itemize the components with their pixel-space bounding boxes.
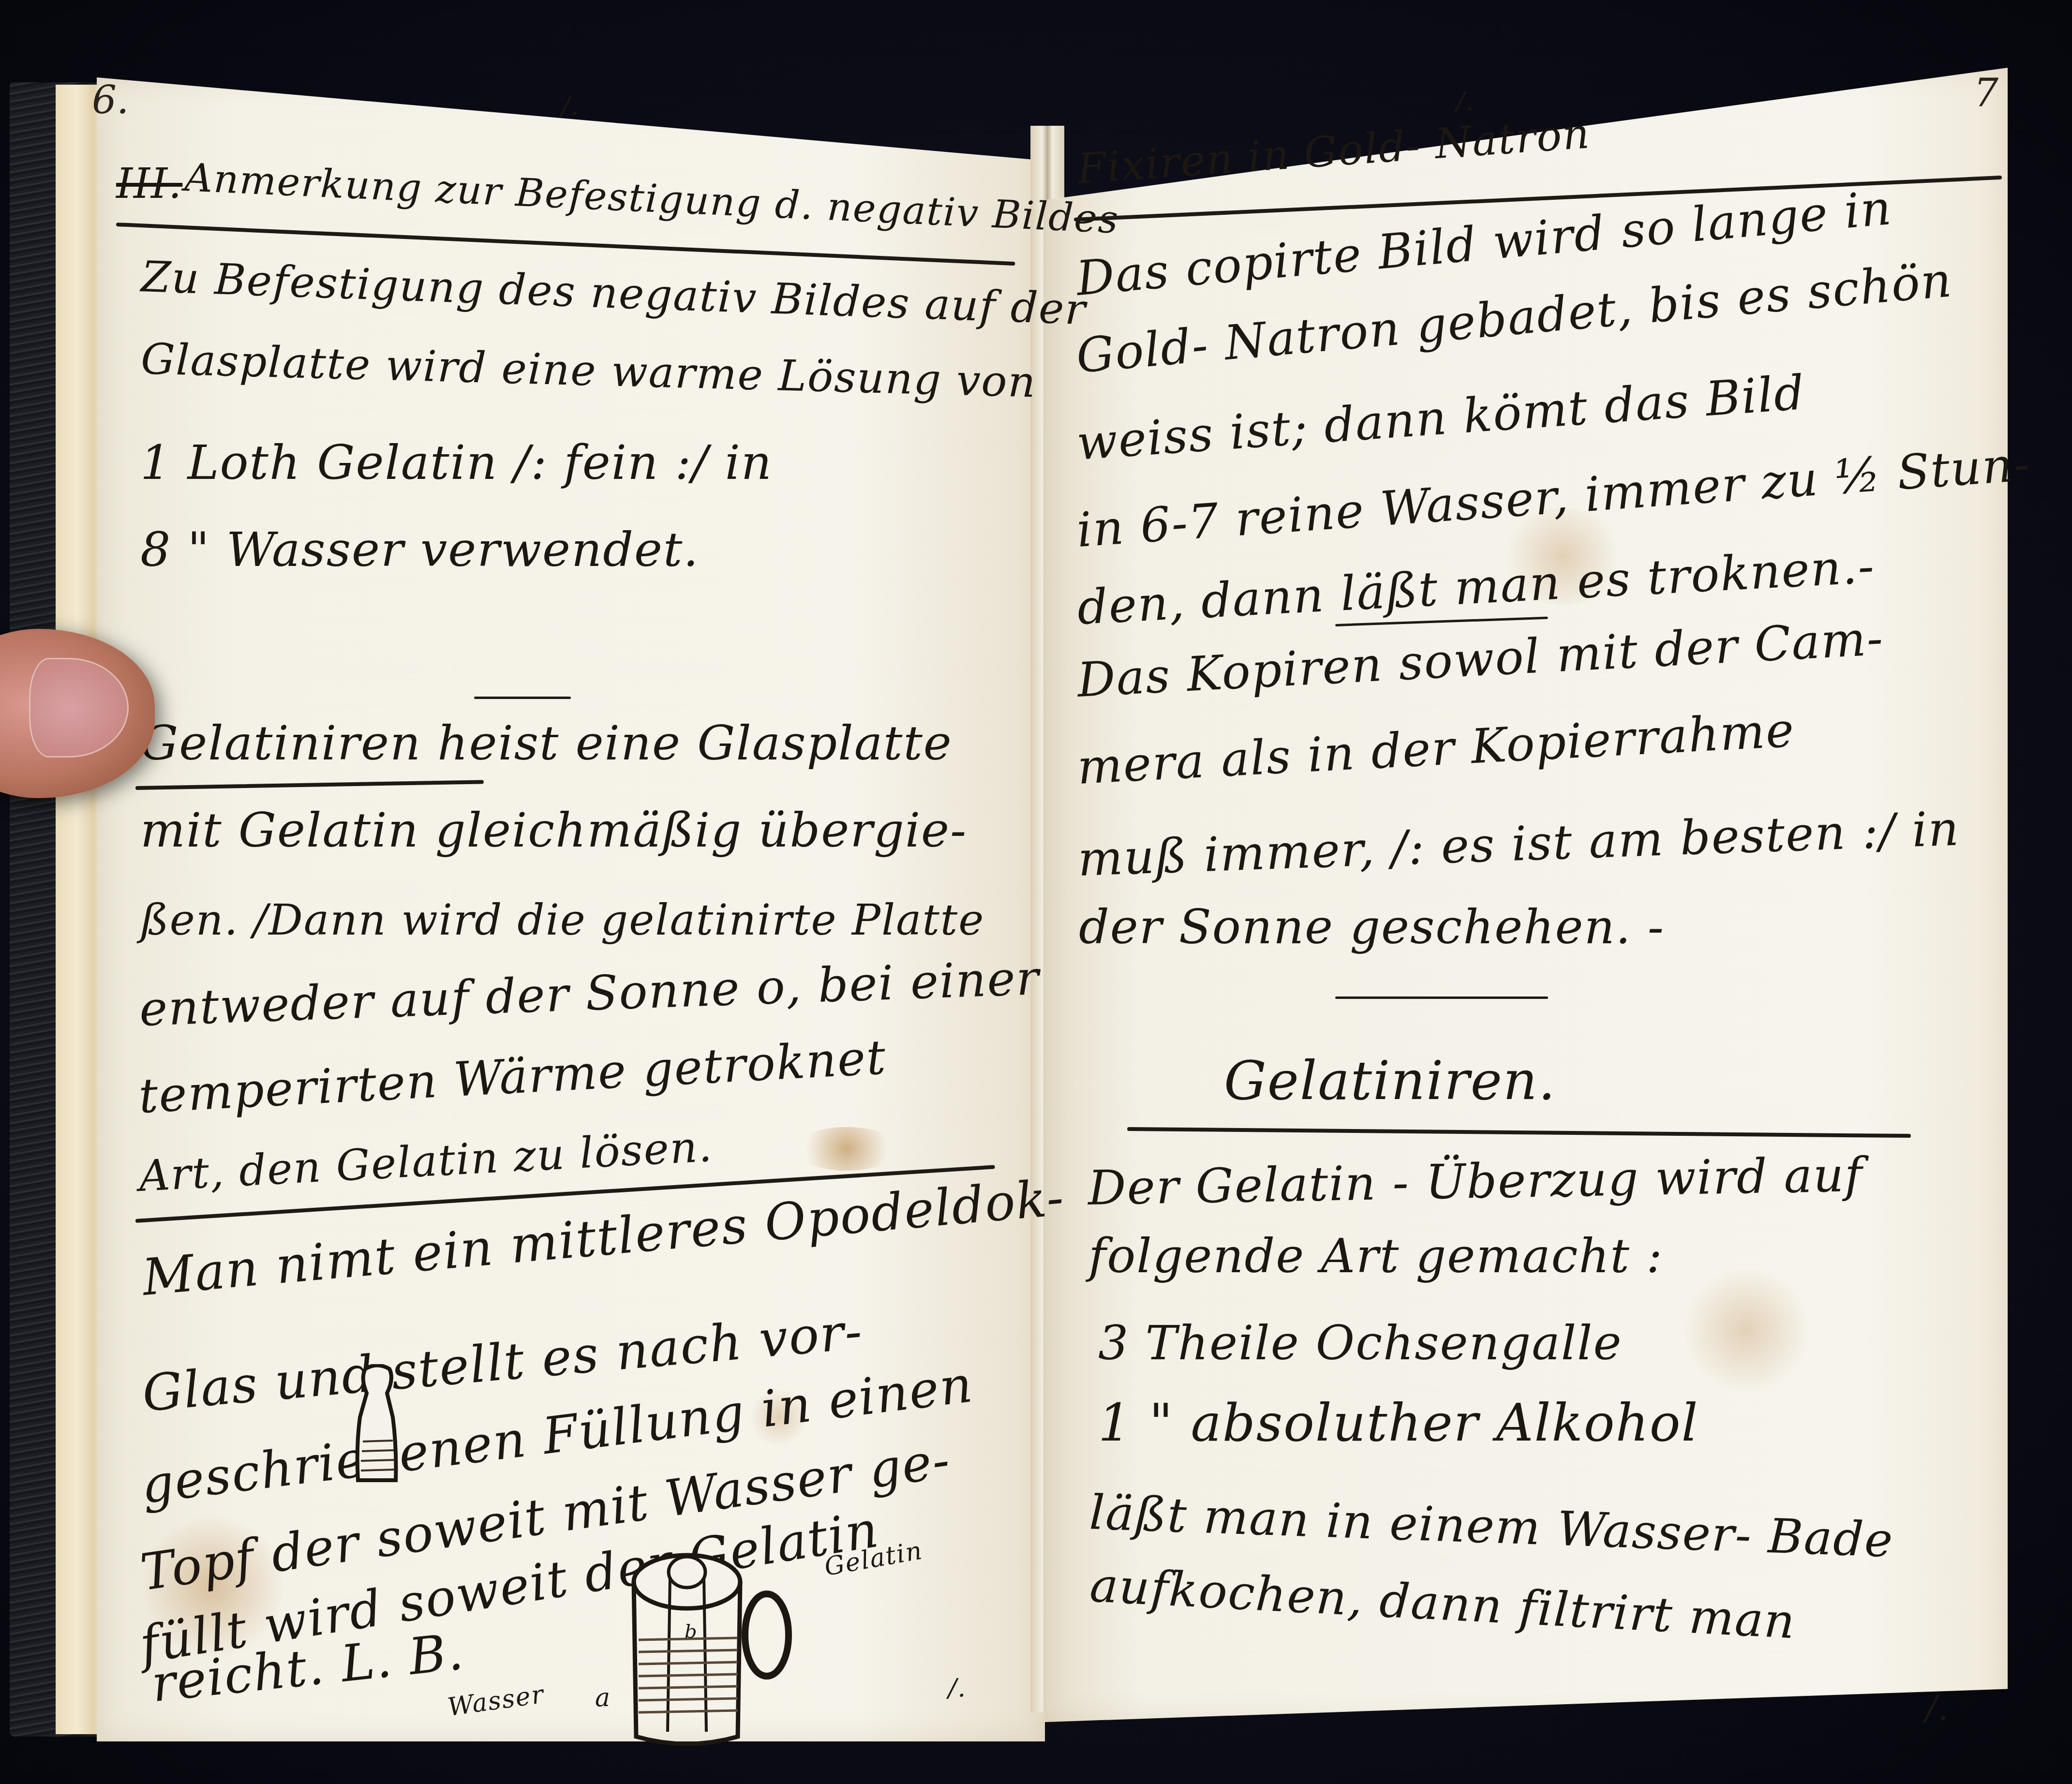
text-line: 1 Loth Gelatin /: fein :/ in [140, 435, 773, 491]
section-title: Gelatiniren. [1224, 1050, 1556, 1112]
bottle-drawing-icon [339, 1364, 416, 1490]
page-number-right: 7 [1974, 70, 1998, 115]
separator-rule [1335, 996, 1548, 999]
text-line: 1 " absoluther Alkohol [1098, 1393, 1699, 1453]
bottom-mark: /. [948, 1674, 967, 1703]
thumbnail [29, 658, 129, 758]
foxing-stain [1684, 1267, 1809, 1393]
drawing-label-b: b [685, 1620, 698, 1643]
text-line: folgende Art gemacht : [1088, 1229, 1663, 1284]
foxing-stain [793, 1127, 900, 1171]
text-line: der Sonne geschehen. - [1079, 900, 1665, 955]
bottom-mark: /. [1925, 1688, 1950, 1728]
text-line: 3 Theile Ochsengalle [1098, 1316, 1622, 1371]
struck-prefix: III. [116, 160, 182, 208]
water-bath-mug-drawing-icon [619, 1548, 803, 1751]
text-line: mit Gelatin gleichmäßig übergie- [140, 803, 967, 858]
text-line: Gelatiniren heist eine Glasplatte [140, 716, 953, 771]
top-mark: /. [1456, 87, 1475, 116]
drawing-label-a: a [595, 1683, 611, 1712]
separator-rule [474, 697, 571, 699]
top-mark: /. [561, 92, 580, 121]
page-number-left: 6. [92, 77, 129, 122]
text-line: 8 " Wasser verwendet. [140, 522, 699, 578]
text-line: ßen. /Dann wird die gelatinirte Platte [140, 895, 984, 945]
